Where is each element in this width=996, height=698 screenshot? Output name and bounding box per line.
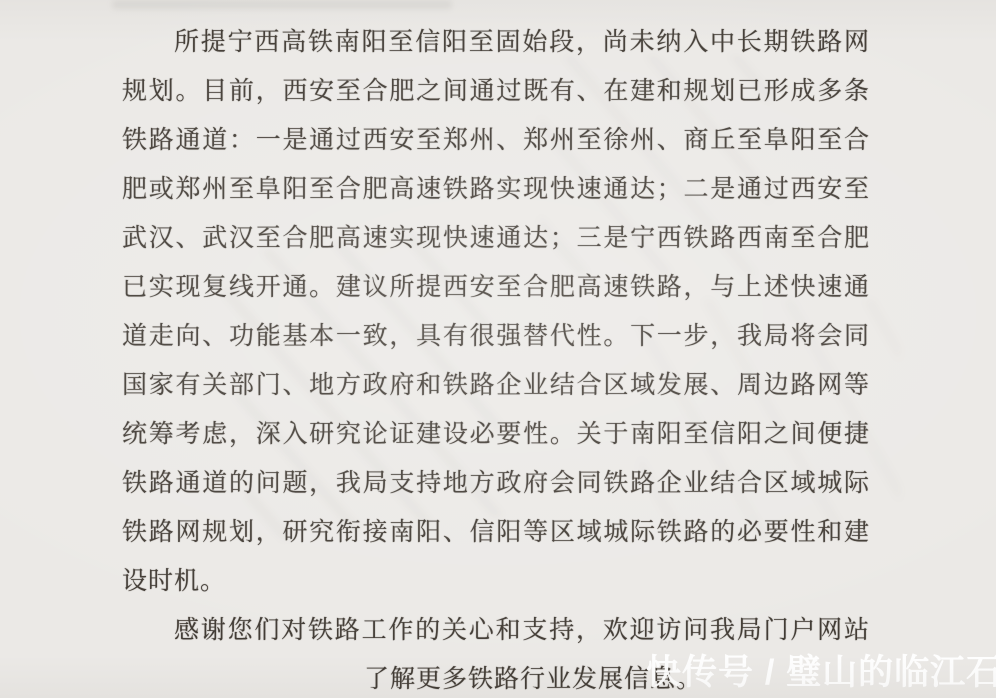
platform-watermark: 快传号 / 璧山的临江石 [646, 652, 996, 698]
document-body: 所提宁西高铁南阳至信阳至固始段，尚未纳入中长期铁路网 规划。目前，西安至合肥之间… [122, 18, 870, 698]
scanned-document-page: 所提宁西高铁南阳至信阳至固始段，尚未纳入中长期铁路网 规划。目前，西安至合肥之间… [0, 0, 996, 698]
document-line: 统筹考虑，深入研究论证建设必要性。关于南阳至信阳之间便捷 [122, 410, 870, 459]
document-line: 已实现复线开通。建议所提西安至合肥高速铁路，与上述快速通 [122, 263, 870, 312]
document-line: 铁路通道的问题，我局支持地方政府会同铁路企业结合区域城际 [122, 459, 870, 508]
document-line: 国家有关部门、地方政府和铁路企业结合区域发展、周边路网等 [122, 361, 870, 410]
document-line: 设时机。 [122, 557, 870, 606]
cutoff-line-artifact [112, 0, 452, 9]
document-line: 规划。目前，西安至合肥之间通过既有、在建和规划已形成多条 [122, 67, 870, 116]
document-line: 肥或郑州至阜阳至合肥高速铁路实现快速通达；二是通过西安至 [122, 165, 870, 214]
document-line: 感谢您们对铁路工作的关心和支持，欢迎访问我局门户网站 [122, 606, 870, 655]
document-line: 铁路网规划，研究衔接南阳、信阳等区域城际铁路的必要性和建 [122, 508, 870, 557]
document-line: 道走向、功能基本一致，具有很强替代性。下一步，我局将会同 [122, 312, 870, 361]
platform-watermark-text: 快传号 / 璧山的临江石 [646, 653, 996, 692]
document-line: 铁路通道：一是通过西安至郑州、郑州至徐州、商丘至阜阳至合 [122, 116, 870, 165]
document-line: 所提宁西高铁南阳至信阳至固始段，尚未纳入中长期铁路网 [122, 18, 870, 67]
document-line: 武汉、武汉至合肥高速实现快速通达；三是宁西铁路西南至合肥 [122, 214, 870, 263]
